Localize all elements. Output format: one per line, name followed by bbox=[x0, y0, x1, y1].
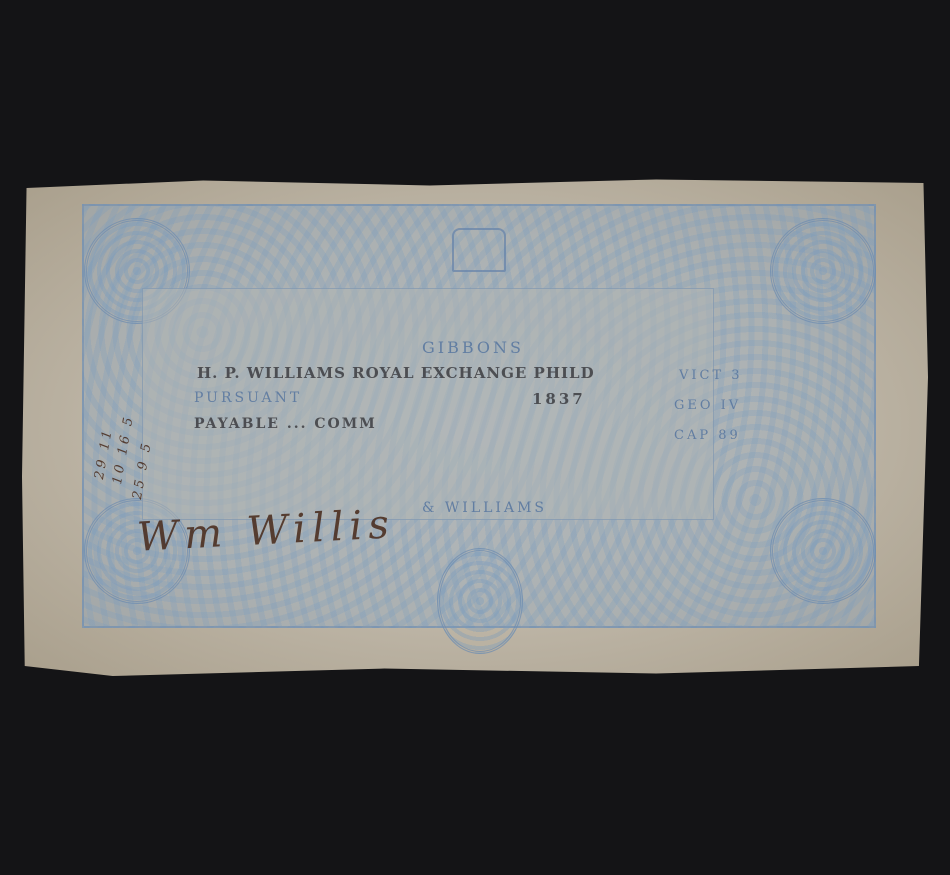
text-line-2-left: PURSUANT bbox=[194, 390, 302, 406]
rosette-bottom-right bbox=[770, 498, 876, 604]
crown-emblem bbox=[452, 228, 506, 272]
text-line-2-year: 1837 bbox=[532, 390, 586, 408]
banknote: GIBBONS H. P. WILLIAMS ROYAL EXCHANGE PH… bbox=[22, 178, 928, 676]
text-line-3: PAYABLE ... COMM bbox=[194, 416, 377, 432]
portrait-medallion bbox=[437, 548, 523, 654]
engraver-bottom: & WILLIAMS bbox=[422, 500, 547, 516]
right-text-3: CAP 89 bbox=[674, 428, 741, 443]
engraver-top: GIBBONS bbox=[422, 338, 524, 357]
rosette-top-right bbox=[770, 218, 876, 324]
text-line-1: H. P. WILLIAMS ROYAL EXCHANGE PHILD bbox=[197, 364, 595, 382]
right-text-2: GEO IV bbox=[674, 398, 741, 413]
right-text-1: VICT 3 bbox=[679, 368, 743, 383]
